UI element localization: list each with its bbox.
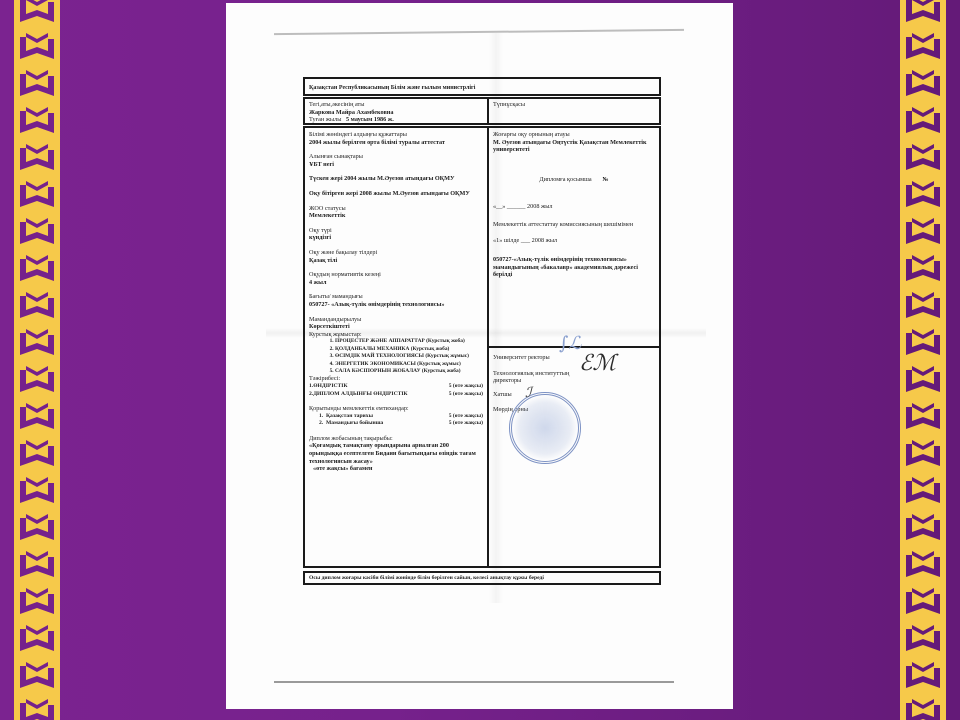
right-column: Жоғарғы оқу орнының атауы М. Әуезов атын…: [489, 126, 661, 568]
study-form-label: Оқу түрі: [309, 227, 483, 235]
institution-section: Жоғарғы оқу орнының атауы М. Әуезов атын…: [489, 128, 659, 348]
commission-date: «1» шілде ___ 2008 жыл: [493, 237, 655, 245]
sheet-edge-top: [274, 29, 684, 35]
status-value: Мемлекеттік: [309, 212, 483, 220]
sheet-edge-bottom: [274, 681, 674, 683]
institution-label: Жоғарғы оқу орнының атауы: [493, 131, 655, 139]
director-label: Технологиялық институттың директоры: [493, 370, 573, 385]
thesis-title: «Қоғамдық тамақтану орындарына арналған …: [309, 442, 483, 465]
issue-date: «__» ______ 2008 жыл: [493, 203, 655, 211]
secretary-label: Хатшы: [493, 391, 655, 399]
admission-value: ҰБТ негі: [309, 161, 483, 169]
internship-row: 2.ДИПЛОМ АЛДЫНҒЫ ӨНДІРІСТІК 5 (өте жақсы…: [309, 391, 483, 399]
language-label: Оқу және бақылау тілдері: [309, 249, 483, 257]
supplement-number: №: [602, 176, 608, 183]
left-column: Білімі жөніндегі алдыңғы құжаттары 2004 …: [303, 126, 489, 568]
diploma-supplement: Қазақстан Республикасының Білім және ғыл…: [303, 77, 661, 585]
status-label: ЖОО статусы: [309, 205, 483, 213]
study-form-value: күндізгі: [309, 234, 483, 242]
institution-value: М. Әуезов атындағы Оңтүстік Қазақстан Ме…: [493, 139, 655, 154]
entry-info: Түскен жері 2004 жылы М.Әуезов атындағы …: [309, 175, 483, 183]
right-ornament-border: [900, 0, 946, 720]
appendix-label: Түпнұсқасы: [493, 101, 655, 109]
exam-grade: 5 (өте жақсы): [449, 420, 483, 428]
birth-row: Туған жылы 5 маусым 1986 ж.: [309, 116, 483, 124]
qualification-awarded: 050727-«Азық-түлік өнімдерінің технологи…: [493, 256, 655, 279]
supplement-row: Дипломға қосымша №: [493, 176, 655, 184]
secretary-signature: ℐ: [525, 390, 532, 398]
rector-label: Университет ректоры: [493, 354, 655, 362]
supplement-label: Дипломға қосымша: [539, 176, 591, 183]
coursework-item: ӨСІМДІК МАЙ ТЕХНОЛОГИЯСЫ (Курстық жұмыс): [335, 353, 483, 360]
language-value: Қазақ тілі: [309, 257, 483, 265]
specialization-label: Мамандандырылуы: [309, 316, 483, 324]
person-name: Жаркова Майра Ахамбековна: [309, 109, 483, 117]
specialty-value: 050727- «Азық-түлік өнімдерінің технолог…: [309, 301, 483, 309]
internship-name: 1.ӨНДІРІСТІК: [309, 383, 348, 391]
ministry-header: Қазақстан Республикасының Білім және ғыл…: [303, 77, 661, 96]
name-label: Тегі,аты,әкесінің аты: [309, 101, 483, 109]
internship-name: 2.ДИПЛОМ АЛДЫНҒЫ ӨНДІРІСТІК: [309, 391, 408, 399]
commission-label: Мемлекеттік аттестаттау комиссиясының ше…: [493, 221, 655, 229]
prior-education-value: 2004 жылы берілген орта білімі туралы ат…: [309, 139, 483, 147]
thesis-label: Диплом жобасының тақырыбы:: [309, 435, 483, 443]
exam-name: Қазақстан тарихы: [326, 413, 373, 419]
director-signature: ℰℳ: [579, 360, 616, 368]
thesis-grade: «өте жақсы» бағамен: [309, 465, 483, 473]
practice-label: Көрсеткіштеті: [309, 323, 483, 331]
birth-date: 5 маусым 1986 ж.: [346, 116, 394, 123]
signatures-section: Университет ректоры Технологиялық инстит…: [489, 350, 659, 566]
state-exams-label: Қорытынды мемлекеттік емтихандар:: [309, 405, 483, 413]
document-footer: Осы диплом жоғары кәсіби білімі жөнінде …: [303, 571, 661, 585]
internship-label: Тәжірибесі:: [309, 375, 483, 383]
internship-row: 1.ӨНДІРІСТІК 5 (өте жақсы): [309, 383, 483, 391]
graduation-info: Оқу бітірген жері 2008 жылы М.Әуезов аты…: [309, 190, 483, 198]
appendix-block: Түпнұсқасы: [489, 97, 661, 125]
state-exam-row: 2. Мамандығы бойынша 5 (өте жақсы): [309, 420, 483, 428]
duration-value: 4 жыл: [309, 279, 483, 287]
specialty-label: Бағыты/ мамандығы: [309, 293, 483, 301]
left-ornament-border: [14, 0, 60, 720]
coursework-item: ПРОЦЕСТЕР ЖӘНЕ АППАРАТТАР (Курстық жоба): [335, 338, 483, 345]
exam-name: Мамандығы бойынша: [326, 420, 383, 426]
coursework-item: САЛА КӘСІПОРНЫН ЖОБАЛАУ (Курстық жоба): [335, 368, 483, 375]
duration-label: Оқудың нормативтік кезеңі: [309, 271, 483, 279]
coursework-item: ЭНЕРГЕТИК ЭКОНОМИКАСЫ (Курстық жұмыс): [335, 361, 483, 368]
birth-label: Туған жылы: [309, 116, 341, 123]
prior-education-label: Білімі жөніндегі алдыңғы құжаттары: [309, 131, 483, 139]
coursework-list: ПРОЦЕСТЕР ЖӘНЕ АППАРАТТАР (Курстық жоба)…: [309, 338, 483, 375]
admission-label: Алынған сынақтары: [309, 153, 483, 161]
internship-grade: 5 (өте жақсы): [449, 383, 483, 391]
official-stamp: [509, 392, 581, 464]
rector-signature: ∫ℒ: [559, 340, 581, 348]
coursework-item: ҚОЛДАНБАЛЫ МЕХАНИКА (Курстық жоба): [335, 346, 483, 353]
person-block: Тегі,аты,әкесінің аты Жаркова Майра Ахам…: [303, 97, 489, 125]
internship-grade: 5 (өте жақсы): [449, 391, 483, 399]
